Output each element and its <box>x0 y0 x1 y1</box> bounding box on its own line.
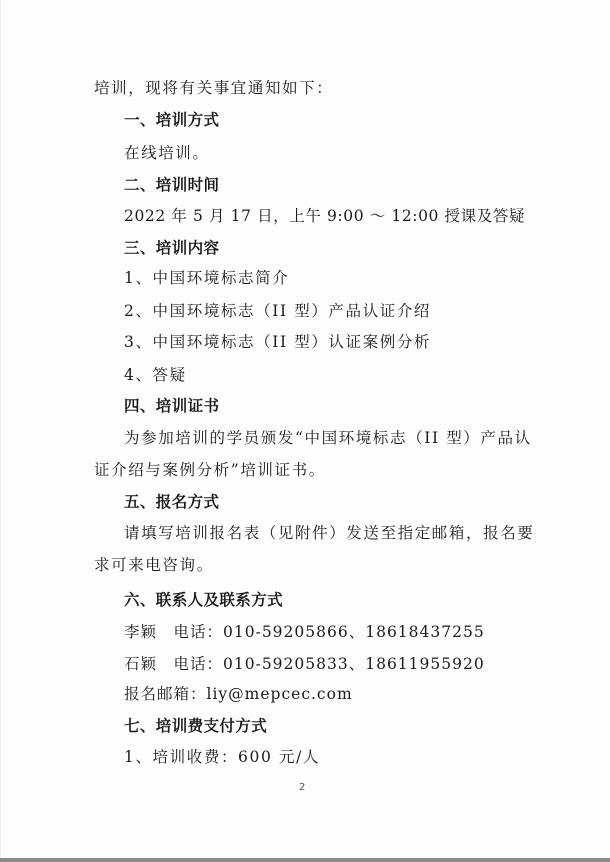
content-item-3: 3、中国环境标志（II 型）认证案例分析 <box>124 332 431 352</box>
section-heading-payment: 七、培训费支付方式 <box>124 716 267 736</box>
registration-text-1: 请填写培训报名表（见附件）发送至指定邮箱，报名要 <box>124 523 534 543</box>
payment-fee: 1、培训收费：600 元/人 <box>124 747 320 767</box>
section-heading-contacts: 六、联系人及联系方式 <box>124 590 283 610</box>
section-heading-method: 一、培训方式 <box>124 110 219 130</box>
intro-text: 培训，现将有关事宜通知如下： <box>94 78 333 98</box>
section-heading-time: 二、培训时间 <box>124 175 219 195</box>
certificate-text-2: 证介绍与案例分析”培训证书。 <box>94 460 326 480</box>
content-item-4: 4、答疑 <box>124 365 187 385</box>
registration-email: 报名邮箱：liy@mepcec.com <box>124 684 353 704</box>
content-item-1: 1、中国环境标志简介 <box>124 268 289 288</box>
document-page: 培训，现将有关事宜通知如下： 一、培训方式 在线培训。 二、培训时间 2022 … <box>0 0 610 858</box>
content-item-2: 2、中国环境标志（II 型）产品认证介绍 <box>124 301 431 321</box>
contact-li-ying: 李颖 电话：010-59205866、18618437255 <box>124 622 485 642</box>
section-heading-certificate: 四、培训证书 <box>124 396 219 416</box>
contact-shi-ying: 石颖 电话：010-59205833、18611955920 <box>124 654 485 674</box>
method-text: 在线培训。 <box>124 143 210 163</box>
section-heading-content: 三、培训内容 <box>124 238 219 258</box>
scan-edge <box>0 858 610 862</box>
registration-text-2: 求可来电咨询。 <box>94 555 214 575</box>
time-text: 2022 年 5 月 17 日，上午 9:00 ～ 12:00 授课及答疑 <box>124 206 525 226</box>
section-heading-registration: 五、报名方式 <box>124 492 219 512</box>
certificate-text-1: 为参加培训的学员颁发“中国环境标志（II 型）产品认 <box>124 428 532 448</box>
page-number: 2 <box>299 782 305 793</box>
